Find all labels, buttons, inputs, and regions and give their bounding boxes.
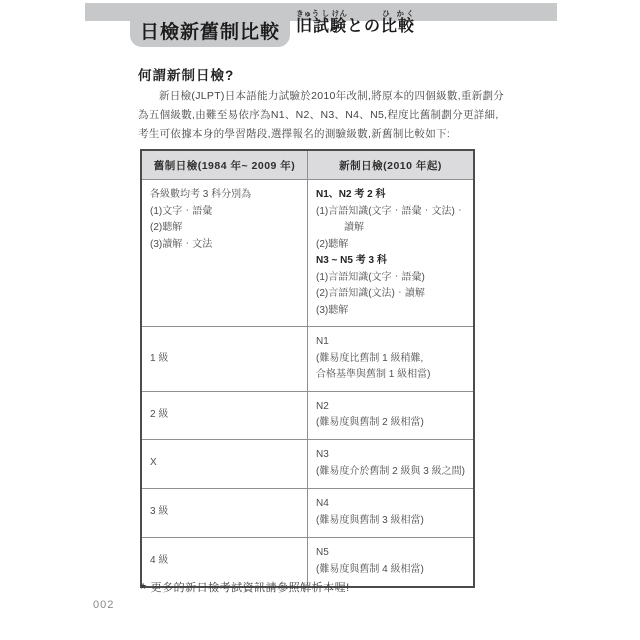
old-system-header: 舊制日檢(1984 年~ 2009 年)	[141, 150, 308, 180]
paragraph-line: 新日檢(JLPT)日本語能力試驗於2010年改制,將原本的四個級數,重新劃分	[138, 87, 504, 106]
cell-line: (難易度比舊制 1 級稍難,	[316, 351, 465, 368]
cell-line: (1)言語知識(文字‧語彙)	[316, 270, 465, 287]
cell-line: N5	[316, 545, 465, 562]
chapter-title: 日檢新舊制比較	[140, 17, 280, 44]
new-system-cell: N1、N2 考 2 科(1)言語知識(文字‧語彙‧文法)‧讀解(2)聽解N3 ~…	[308, 180, 475, 327]
table-row: 3 級N4(難易度與舊制 3 級相當)	[141, 488, 474, 537]
old-system-cell: 1 級	[141, 327, 308, 392]
old-system-cell: 各級數均考 3 科分別為(1)文字‧語彙(2)聽解(3)讀解‧文法	[141, 180, 308, 327]
cell-line: (2)聽解	[316, 237, 465, 254]
intro-paragraph: 新日檢(JLPT)日本語能力試驗於2010年改制,將原本的四個級數,重新劃分 為…	[138, 87, 504, 144]
section-title: 何謂新制日檢?	[138, 64, 234, 84]
cell-line: N1	[316, 334, 465, 351]
cell-line: 讀解	[316, 220, 465, 237]
cell-line: 2 級	[150, 407, 299, 424]
cell-line: (2)言語知識(文法)‧讀解	[316, 286, 465, 303]
new-system-header: 新制日檢(2010 年起)	[308, 150, 475, 180]
cell-line: 4 級	[150, 553, 299, 570]
cell-line: N3 ~ N5 考 3 科	[316, 253, 465, 270]
cell-line: (3)讀解‧文法	[150, 237, 299, 254]
cell-line: (難易度介於舊制 2 級與 3 級之間)	[316, 464, 465, 481]
paragraph-line: 為五個級數,由難至易依序為N1、N2、N3、N4、N5,程度比舊制劃分更詳細,	[138, 106, 504, 125]
new-system-cell: N3(難易度介於舊制 2 級與 3 級之間)	[308, 439, 475, 488]
cell-line: (難易度與舊制 2 級相當)	[316, 415, 465, 432]
subtitle-segment-2: との	[347, 18, 381, 35]
subtitle-segment-1: 旧試験きゅう し けん	[296, 18, 347, 35]
chapter-title-tab: 日檢新舊制比較	[130, 3, 290, 47]
cell-line: (3)聽解	[316, 303, 465, 320]
book-page: 日檢新舊制比較 旧試験きゅう し けんとの比較ひ かく 何謂新制日檢? 新日檢(…	[0, 0, 640, 640]
old-system-cell: 3 級	[141, 488, 308, 537]
cell-line: 各級數均考 3 科分別為	[150, 187, 299, 204]
star-icon: ★	[139, 581, 148, 591]
cell-line: (1)文字‧語彙	[150, 204, 299, 221]
cell-line: 3 級	[150, 504, 299, 521]
page-number: 002	[93, 599, 114, 611]
cell-line: 1 級	[150, 351, 299, 368]
comparison-table: 舊制日檢(1984 年~ 2009 年) 新制日檢(2010 年起) 各級數均考…	[140, 149, 475, 588]
table-row: 各級數均考 3 科分別為(1)文字‧語彙(2)聽解(3)讀解‧文法N1、N2 考…	[141, 180, 474, 327]
new-system-cell: N4(難易度與舊制 3 級相當)	[308, 488, 475, 537]
cell-line: N3	[316, 447, 465, 464]
paragraph-line: 考生可依據本身的學習階段,選擇報名的測驗級數,新舊制比較如下:	[138, 125, 504, 144]
japanese-subtitle: 旧試験きゅう し けんとの比較ひ かく	[296, 9, 415, 36]
new-system-cell: N1(難易度比舊制 1 級稍難,合格基準與舊制 1 級相當)	[308, 327, 475, 392]
new-system-cell: N2(難易度與舊制 2 級相當)	[308, 391, 475, 439]
cell-line: (難易度與舊制 4 級相當)	[316, 562, 465, 579]
cell-line: (1)言語知識(文字‧語彙‧文法)‧	[316, 204, 465, 221]
cell-line: (2)聽解	[150, 220, 299, 237]
cell-line: (難易度與舊制 3 級相當)	[316, 513, 465, 530]
cell-line: X	[150, 455, 299, 472]
comparison-table-body: 各級數均考 3 科分別為(1)文字‧語彙(2)聽解(3)讀解‧文法N1、N2 考…	[141, 180, 474, 587]
table-row: XN3(難易度介於舊制 2 級與 3 級之間)	[141, 439, 474, 488]
old-system-cell: X	[141, 439, 308, 488]
table-header-row: 舊制日檢(1984 年~ 2009 年) 新制日檢(2010 年起)	[141, 150, 474, 180]
table-row: 2 級N2(難易度與舊制 2 級相當)	[141, 391, 474, 439]
table-row: 1 級N1(難易度比舊制 1 級稍難,合格基準與舊制 1 級相當)	[141, 327, 474, 392]
footnote-text: 更多的新日檢考試資訊請參照解析本喔!	[151, 582, 350, 594]
cell-line: N2	[316, 399, 465, 416]
cell-line: N1、N2 考 2 科	[316, 187, 465, 204]
cell-line: N4	[316, 496, 465, 513]
old-system-cell: 2 級	[141, 391, 308, 439]
cell-line: 合格基準與舊制 1 級相當)	[316, 367, 465, 384]
footnote: ★更多的新日檢考試資訊請參照解析本喔!	[139, 579, 350, 595]
subtitle-segment-3: 比較ひ かく	[381, 18, 415, 35]
